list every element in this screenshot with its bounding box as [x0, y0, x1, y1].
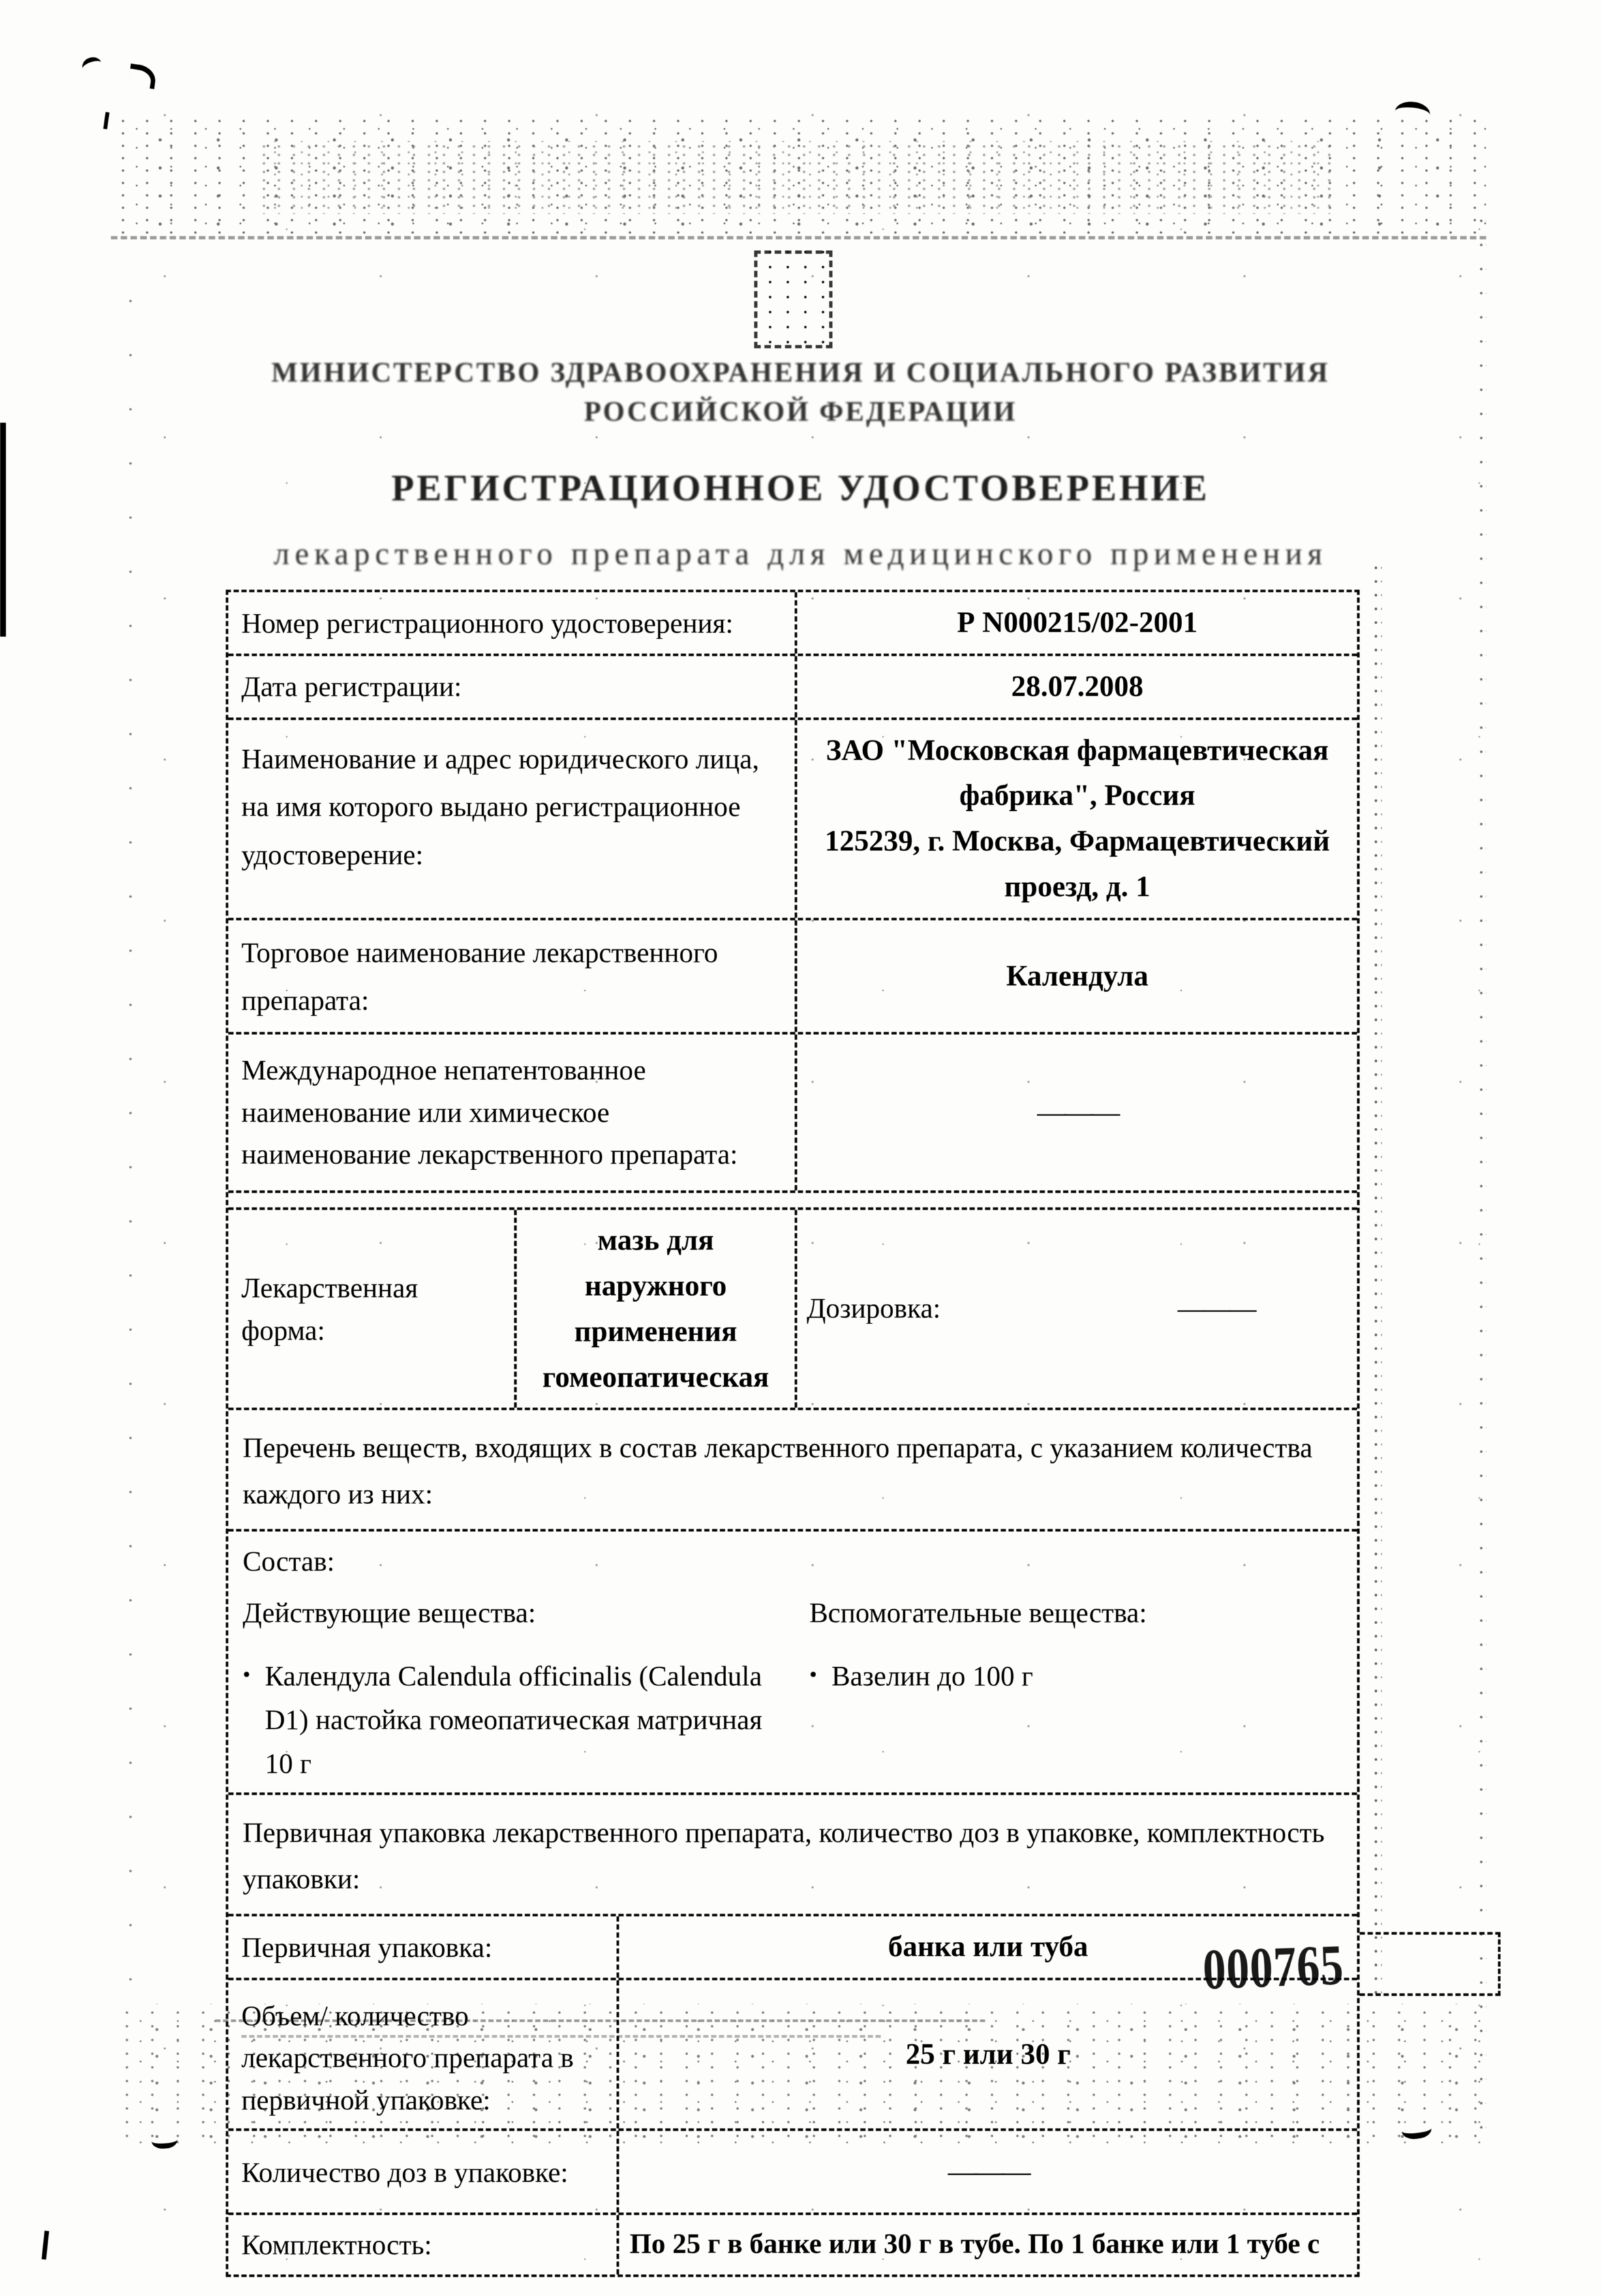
dosage-label: Дозировка: [806, 1293, 940, 1325]
scan-layer: МИНИСТЕРСТВО ЗДРАВООХРАНЕНИЯ И СОЦИАЛЬНО… [0, 0, 1601, 2296]
active-substance-text: Календула Calendula officinalis (Calendu… [265, 1655, 780, 1786]
row-trade-name: Торговое наименование лекарственного пре… [228, 918, 1357, 1033]
substances-intro-text: Перечень веществ, входящих в состав лека… [228, 1410, 1357, 1529]
dosage-cell: Дозировка: ——— [795, 1210, 1357, 1408]
bullet-icon: • [243, 1655, 265, 1786]
volume-value: 25 г или 30 г [617, 1980, 1357, 2129]
row-substances-intro: Перечень веществ, входящих в состав лека… [228, 1408, 1357, 1529]
top-left-pen-mark-2 [128, 63, 157, 89]
inn-dash: ——— [1037, 1090, 1118, 1136]
aux-substances-header: Вспомогательные вещества: [809, 1597, 1343, 1629]
holder-label: Наименование и адрес юридического лица, … [228, 720, 795, 887]
right-inner-noise-column [1373, 561, 1382, 1996]
dosage-form-value: мазь для наружного применения гомеопатич… [514, 1210, 795, 1408]
ministry-name-line1: МИНИСТЕРСТВО ЗДРАВООХРАНЕНИЯ И СОЦИАЛЬНО… [0, 354, 1601, 393]
reg-number-label: Номер регистрационного удостоверения: [228, 594, 795, 652]
volume-label: Объем/ количество лекарственного препара… [228, 1980, 617, 2129]
emblem-placeholder [754, 250, 832, 348]
row-composition: Состав: Действующие вещества: • Календул… [228, 1529, 1357, 1792]
row-reg-number: Номер регистрационного удостоверения: Р … [228, 592, 1357, 654]
row-inn: Международное непатентованное наименован… [228, 1032, 1357, 1190]
row-volume: Объем/ количество лекарственного препара… [228, 1978, 1357, 2129]
stamp-border-box [1360, 1932, 1501, 1996]
reg-number-value: Р N000215/02-2001 [795, 592, 1357, 654]
bullet-icon: • [809, 1655, 831, 1699]
row-dosage-form: Лекарственная форма: мазь для наружного … [228, 1207, 1357, 1408]
bottom-left-check-mark [151, 2130, 178, 2150]
bottom-left-tick-mark [42, 2231, 50, 2259]
registration-table: Номер регистрационного удостоверения: Р … [226, 590, 1360, 2277]
aux-substances-column: Вспомогательные вещества: • Вазелин до 1… [795, 1578, 1357, 1792]
top-left-pen-mark [80, 55, 104, 76]
completeness-label: Комплектность: [228, 2216, 617, 2274]
ministry-name-line2: РОССИЙСКОЙ ФЕДЕРАЦИИ [0, 393, 1601, 432]
active-substances-header: Действующие вещества: [243, 1597, 780, 1629]
doses-label: Количество доз в упаковке: [228, 2143, 617, 2201]
row-section-spacer [228, 1190, 1357, 1207]
aux-substance-text: Вазелин до 100 г [831, 1655, 1033, 1699]
top-left-pen-mark-3 [103, 112, 110, 130]
reg-date-label: Дата регистрации: [228, 657, 795, 716]
doses-value: ——— [617, 2131, 1357, 2213]
reg-date-value: 28.07.2008 [795, 656, 1357, 717]
aux-substance-item: • Вазелин до 100 г [809, 1655, 1343, 1699]
row-primary-packaging: Первичная упаковка: банка или туба [228, 1914, 1357, 1978]
holder-value-line2: 125239, г. Москва, Фармацевтический прое… [814, 819, 1340, 910]
composition-label: Состав: [228, 1532, 1357, 1578]
document-page: МИНИСТЕРСТВО ЗДРАВООХРАНЕНИЯ И СОЦИАЛЬНО… [0, 0, 1601, 2296]
active-substance-item: • Календула Calendula officinalis (Calen… [243, 1655, 780, 1786]
top-noise-band [111, 115, 1486, 239]
document-subtitle: лекарственного препарата для медицинског… [0, 535, 1601, 572]
inn-label: Международное непатентованное наименован… [228, 1035, 795, 1183]
holder-value-line1: ЗАО "Московская фармацевтическая фабрика… [814, 728, 1340, 819]
left-edge-scan-bar [0, 423, 6, 637]
row-packaging-intro: Первичная упаковка лекарственного препар… [228, 1792, 1357, 1914]
left-noise-column [128, 274, 134, 1983]
row-reg-date: Дата регистрации: 28.07.2008 [228, 654, 1357, 717]
composition-columns: Действующие вещества: • Календула Calend… [228, 1578, 1357, 1792]
holder-value: ЗАО "Московская фармацевтическая фабрика… [795, 720, 1357, 918]
inn-value: ——— [795, 1035, 1357, 1190]
row-doses: Количество доз в упаковке: ——— [228, 2128, 1357, 2213]
ministry-name: МИНИСТЕРСТВО ЗДРАВООХРАНЕНИЯ И СОЦИАЛЬНО… [0, 354, 1601, 432]
row-holder: Наименование и адрес юридического лица, … [228, 717, 1357, 918]
trade-name-label: Торговое наименование лекарственного пре… [228, 920, 795, 1033]
dosage-form-label: Лекарственная форма: [228, 1259, 514, 1359]
document-title: РЕГИСТРАЦИОННОЕ УДОСТОВЕРЕНИЕ [0, 467, 1601, 509]
stamp-number: 000765 [1202, 1932, 1345, 2002]
doses-dash: ——— [948, 2149, 1028, 2195]
active-substances-column: Действующие вещества: • Календула Calend… [228, 1578, 795, 1792]
packaging-intro-text: Первичная упаковка лекарственного препар… [228, 1795, 1357, 1914]
completeness-value: По 25 г в банке или 30 г в тубе. По 1 ба… [617, 2215, 1357, 2274]
row-completeness: Комплектность: По 25 г в банке или 30 г … [228, 2213, 1357, 2274]
trade-name-value: Календула [795, 920, 1357, 1033]
primary-packaging-label: Первичная упаковка: [228, 1918, 617, 1976]
dosage-dash: ——— [1178, 1293, 1254, 1325]
